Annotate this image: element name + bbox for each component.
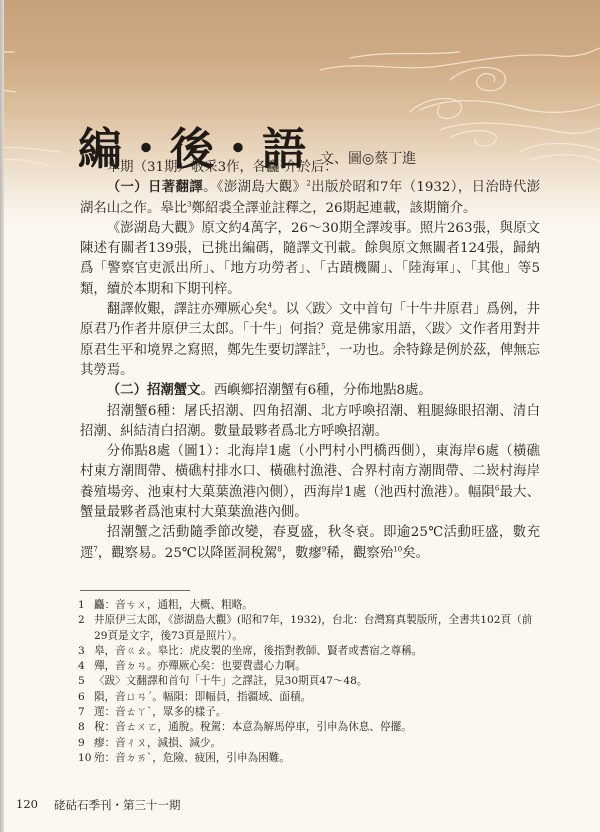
page-number: 120 [16,797,38,813]
footnote-item: 8稅：音ㄊㄨㄛ，通脫。稅駕：本意為解馬停車，引申為休息、停擺。 [78,720,538,735]
article-body: 本期（31期）敬采3作，各麤1介於后： （一）日著翻譯。《澎湖島大觀》2出版於昭… [80,158,540,564]
section1-paragraph-3: 翻譯攸艱，譯註亦殫厥心矣4。以〈跋〉文中首句「十牛井原君」爲例，井原君乃作者井原… [80,300,540,381]
footnote-text: 稅：音ㄊㄨㄛ，通脫。稅駕：本意為解馬停車，引申為休息、停擺。 [94,720,538,735]
text: 。《澎湖島大觀》 [203,180,306,195]
footnote-text: 遝：音ㄊㄚˋ，眾多的樣子。 [94,705,538,720]
section2-paragraph-2: 招潮蟹6種：屠氏招潮、四角招潮、北方呼喚招潮、粗腿綠眼招潮、清白招潮、糾結清白招… [80,402,540,443]
intro-paragraph: 本期（31期）敬采3作，各麤1介於后： [80,158,540,178]
intro-text: 本期（31期）敬采3作，各 [107,160,266,175]
intro-word: 麤 [266,160,279,175]
section2-paragraph-4: 招潮蟹之活動隨季節改變，春夏盛，秋冬衰。即逾25℃活動旺盛，數充遝7，觀察易。2… [80,523,540,564]
footnote-number: 5 [78,674,94,689]
footnote-text: 井原伊三太郎，《澎湖島大觀》(昭和7年，1932)，台北：台灣寫真製版所，全書共… [94,613,538,644]
text: 翻譯攸艱，譯註亦殫厥心矣 [107,302,268,317]
text: 。西嶼鄉招潮蟹有6種，分佈地點8處。 [201,383,432,398]
footnote-number: 7 [78,705,94,720]
footnote-text: 皋，音ㄍㄠ。皋比：虎皮製的坐席，後指對教師、賢者或耆宿之尊稱。 [94,644,538,659]
footnote-item: 9瘳：音ㄔㄡ，減損、減少。 [78,736,538,751]
page-edge [0,0,4,832]
footnote-text: 〈跋〉文翻譯和首句「十牛」之譯註，見30期頁47～48。 [94,674,538,689]
text: ，數瘳 [282,546,322,561]
footnote-text: 瘳：音ㄔㄡ，減損、減少。 [94,736,538,751]
section1-paragraph-1: （一）日著翻譯。《澎湖島大觀》2出版於昭和7年（1932），日治時代澎湖名山之作… [80,178,540,219]
footnote-item: 7遝：音ㄊㄚˋ，眾多的樣子。 [78,705,538,720]
text: ，觀察易。25℃以降匿洞稅駕 [98,546,277,561]
section2-heading: （二）招潮蟹文 [107,383,201,398]
footnote-text: 麤：音ㄘㄨ，通粗，大概、粗略。 [94,598,538,613]
section1-paragraph-2: 《澎湖島大觀》原文約4萬字，26～30期全譯竣事。照片263張，與原文陳述有關者… [80,219,540,300]
page-footer: 120 硓𥑮石季刊・第三十一期 [16,797,180,813]
text: 鄭紹裘全譯並註釋之，26期起連載，該期簡介。 [192,201,477,216]
footnote-number: 8 [78,720,94,735]
footnote-item: 2井原伊三太郎，《澎湖島大觀》(昭和7年，1932)，台北：台灣寫真製版所，全書… [78,613,538,644]
footnotes: 1麤：音ㄘㄨ，通粗，大概、粗略。 2井原伊三太郎，《澎湖島大觀》(昭和7年，19… [78,598,538,766]
text: 分佈點8處（圖1）：北海岸1處（小門村小門橋西側），東海岸6處（橫礁村東方潮間帶… [80,444,540,500]
text: 矣。 [402,546,429,561]
footnote-item: 10殆：音ㄉㄞˋ，危險、疲困，引申為困難。 [78,751,538,766]
footnote-number: 1 [78,598,94,613]
footnote-text: 殫，音ㄉㄢ。亦殫厥心矣：也要費盡心力啊。 [94,659,538,674]
footnote-item: 6隕，音ㄩㄢˊ。幅隕：即幅員，指疆域、面積。 [78,690,538,705]
section2-paragraph-1: （二）招潮蟹文。西嶼鄉招潮蟹有6種，分佈地點8處。 [80,381,540,401]
footnote-item: 4殫，音ㄉㄢ。亦殫厥心矣：也要費盡心力啊。 [78,659,538,674]
footnote-item: 5〈跋〉文翻譯和首句「十牛」之譯註，見30期頁47～48。 [78,674,538,689]
intro-tail: 介於后： [284,160,338,175]
footnote-text: 殆：音ㄉㄞˋ，危險、疲困，引申為困難。 [94,751,538,766]
footnote-number: 4 [78,659,94,674]
footnote-item: 3皋，音ㄍㄠ。皋比：虎皮製的坐席，後指對教師、賢者或耆宿之尊稱。 [78,644,538,659]
publication-name: 硓𥑮石季刊・第三十一期 [54,797,181,813]
footnote-ref: 10 [393,545,402,553]
footnote-item: 1麤：音ㄘㄨ，通粗，大概、粗略。 [78,598,538,613]
text: 稀，觀察殆 [326,546,393,561]
footnote-divider [80,590,190,591]
footnote-number: 9 [78,736,94,751]
section1-heading: （一）日著翻譯 [107,180,203,195]
footnote-text: 隕，音ㄩㄢˊ。幅隕：即幅員，指疆域、面積。 [94,690,538,705]
footnote-number: 3 [78,644,94,659]
footnote-number: 10 [78,751,94,766]
footnote-number: 2 [78,613,94,644]
footnote-number: 6 [78,690,94,705]
section2-paragraph-3: 分佈點8處（圖1）：北海岸1處（小門村小門橋西側），東海岸6處（橫礁村東方潮間帶… [80,442,540,523]
